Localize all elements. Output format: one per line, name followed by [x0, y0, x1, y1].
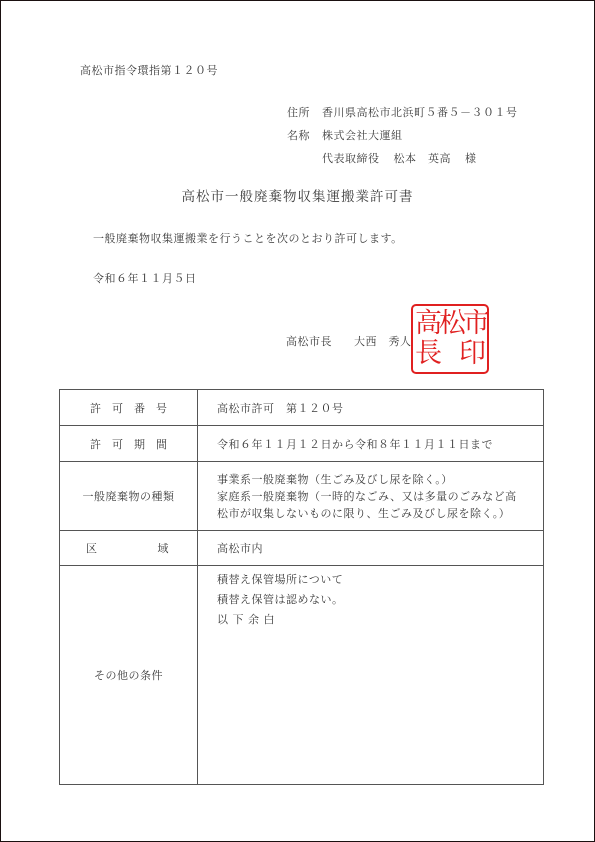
- row-label: 許可番号: [60, 390, 198, 426]
- permit-details-table: 許可番号 高松市許可 第１２０号 許可期間 令和６年１１月１２日から令和８年１１…: [59, 389, 544, 785]
- permit-number-value: 高松市許可 第１２０号: [198, 390, 544, 426]
- row-label: 区域: [60, 531, 198, 566]
- company-row: 名称 株式会社大運組: [287, 124, 518, 147]
- issuer-name: 大西 秀人: [354, 335, 412, 348]
- issuer-title: 高松市長: [286, 335, 332, 348]
- seal-char: 市: [463, 310, 490, 338]
- permit-period-value: 令和６年１１月１２日から令和８年１１月１１日まで: [198, 426, 544, 462]
- seal-char: 高: [415, 310, 442, 338]
- representative-row: 代表取締役 松本 英高 様: [287, 147, 518, 170]
- waste-type-value: 事業系一般廃棄物（生ごみ及びし尿を除く。） 家庭系一般廃棄物（一時的なごみ、又は…: [198, 462, 544, 531]
- address-value: 香川県高松市北浜町５番５－３０１号: [322, 101, 518, 124]
- body-text: 一般廃棄物収集運搬業を行うことを次のとおり許可します。: [93, 230, 403, 246]
- representative-name: 松本 英高: [394, 147, 452, 170]
- document-number: 高松市指令環指第１２０号: [80, 62, 218, 78]
- area-value: 高松市内: [198, 531, 544, 566]
- company-label: 名称: [287, 124, 322, 147]
- seal-char: 長: [415, 340, 442, 368]
- table-row: その他の条件 積替え保管場所について 積替え保管は認めない。 以 下 余 白: [60, 566, 544, 785]
- document-title: 高松市一般廃棄物収集運搬業許可書: [0, 185, 595, 205]
- issue-date: 令和６年１１月５日: [93, 270, 197, 286]
- representative-title: 代表取締役: [322, 147, 380, 170]
- conditions-value: 積替え保管場所について 積替え保管は認めない。 以 下 余 白: [198, 566, 544, 785]
- seal-char: 印: [459, 340, 486, 368]
- row-label: 一般廃棄物の種類: [60, 462, 198, 531]
- table-row: 区域 高松市内: [60, 531, 544, 566]
- address-label: 住所: [287, 101, 322, 124]
- honorific: 様: [465, 147, 477, 170]
- official-seal: 市 松 高 印 長: [411, 304, 489, 374]
- seal-char: 松: [439, 310, 466, 338]
- issuer-line: 高松市長大西 秀人: [286, 333, 412, 349]
- recipient-block: 住所 香川県高松市北浜町５番５－３０１号 名称 株式会社大運組 代表取締役 松本…: [287, 101, 518, 170]
- row-label: 許可期間: [60, 426, 198, 462]
- row-label: その他の条件: [60, 566, 198, 785]
- table-row: 一般廃棄物の種類 事業系一般廃棄物（生ごみ及びし尿を除く。） 家庭系一般廃棄物（…: [60, 462, 544, 531]
- table-row: 許可期間 令和６年１１月１２日から令和８年１１月１１日まで: [60, 426, 544, 462]
- company-name: 株式会社大運組: [322, 124, 403, 147]
- table-row: 許可番号 高松市許可 第１２０号: [60, 390, 544, 426]
- address-row: 住所 香川県高松市北浜町５番５－３０１号: [287, 101, 518, 124]
